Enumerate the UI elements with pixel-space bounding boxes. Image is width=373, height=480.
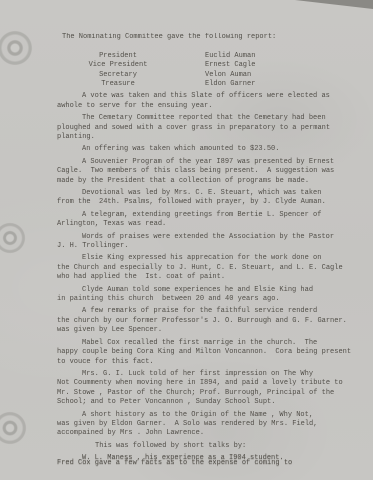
punch-hole-top-icon — [0, 30, 33, 66]
text-line: Mrs. G. I. Luck told of her first impres… — [57, 370, 362, 379]
text-line: Words of praises were extended the Assoc… — [57, 233, 362, 242]
officer-name: Eldon Garner — [205, 80, 255, 89]
paragraph: Devotional was led by Mrs. C. E. Steuart… — [57, 189, 362, 208]
report-title: The Nominating Committee gave the follow… — [57, 33, 362, 42]
scan-edge-shadow — [295, 0, 373, 9]
text-line: the Church and especially to J. Hunt, C.… — [57, 264, 362, 273]
punch-hole-middle-icon — [0, 222, 26, 254]
text-line: awhole to serve for the ensuing year. — [57, 102, 362, 111]
paragraph: A Souvenier Program of the year I897 was… — [57, 158, 362, 186]
text-line: Not Coummenty when moving here in I894, … — [57, 379, 362, 388]
officer-name: Euclid Auman — [205, 52, 255, 61]
text-line: happy couple being Cora King and Milton … — [57, 348, 362, 357]
text-line: J. H. Trollinger. — [57, 242, 362, 251]
text-line: This was followed by short talks by: — [57, 442, 362, 451]
officer-row: SecretaryVelon Auman — [57, 71, 362, 80]
paragraph: A few remarks of praise for the faithful… — [57, 307, 362, 335]
paragraph: W. L. Maness , his experience as a I904 … — [57, 454, 362, 468]
scanned-page: The Nominating Committee gave the follow… — [0, 0, 373, 480]
text-line: Mabel Cox recalled the first marrige in … — [57, 339, 362, 348]
paragraph: An offering was taken which amounted to … — [57, 145, 362, 154]
paragraph: A telegram, extending greetings from Ber… — [57, 211, 362, 230]
text-line: was given by Eldon Garner. A Solo was re… — [57, 420, 362, 429]
text-line: the church by our former Professor's J. … — [57, 317, 362, 326]
text-line: A Souvenier Program of the year I897 was… — [57, 158, 362, 167]
text-line: Devotional was led by Mrs. C. E. Steuart… — [57, 189, 362, 198]
paragraph: Words of praises were extended the Assoc… — [57, 233, 362, 252]
text-line: An offering was taken which amounted to … — [57, 145, 362, 154]
text-line: Cagle. Two members of this class being p… — [57, 167, 362, 176]
text-line: accompained by Mrs . John Lawrence. — [57, 429, 362, 438]
paragraph: This was followed by short talks by: — [57, 442, 362, 451]
officer-row: PresidentEuclid Auman — [57, 52, 362, 61]
text-line: made by the President that a collection … — [57, 177, 362, 186]
text-line: to vouce for this fact. — [57, 358, 362, 367]
text-line: The Cemetary Committee reported that the… — [57, 114, 362, 123]
officer-name: Ernest Cagle — [205, 61, 255, 70]
text-line: Elsie King expressed his apprecation for… — [57, 254, 362, 263]
officer-table: PresidentEuclid AumanVice PresidentErnes… — [57, 52, 362, 90]
paragraph: Clyde Auman told some experiences he and… — [57, 286, 362, 305]
officer-row: Vice PresidentErnest Cagle — [57, 61, 362, 70]
paragraph: A vote was taken and this Slate of offic… — [57, 92, 362, 111]
text-line: A few remarks of praise for the faithful… — [57, 307, 362, 316]
text-line: ploughed and sowed with a cover grass in… — [57, 124, 362, 133]
officer-office: Treasure — [85, 80, 151, 89]
paragraph: Elsie King expressed his apprecation for… — [57, 254, 362, 282]
document-content: The Nominating Committee gave the follow… — [57, 33, 362, 469]
paragraph: A short history as to the Origin of the … — [57, 411, 362, 439]
text-line: Clyde Auman told some experiences he and… — [57, 286, 362, 295]
officer-office: Secretary — [85, 71, 151, 80]
text-line: planting. — [57, 133, 362, 142]
officer-row: TreasureEldon Garner — [57, 80, 362, 89]
text-line: A short history as to the Origin of the … — [57, 411, 362, 420]
text-line: A telegram, extending greetings from Ber… — [57, 211, 362, 220]
paragraph: Mrs. G. I. Luck told of her first impres… — [57, 370, 362, 408]
text-line: who had applied the Ist. coat of paint. — [57, 273, 362, 282]
text-line: Fred Cox gave a few facts as to the expe… — [57, 459, 362, 468]
text-line: in painting this church between 20 and 4… — [57, 295, 362, 304]
text-line: from the 24th. Psalms, followed with pra… — [57, 198, 362, 207]
text-line: Mr. Stowe , Pastor of the Church; Prof. … — [57, 389, 362, 398]
officer-office: President — [85, 52, 151, 61]
paragraph: The Cemetary Committee reported that the… — [57, 114, 362, 142]
officer-name: Velon Auman — [205, 71, 251, 80]
text-line: A vote was taken and this Slate of offic… — [57, 92, 362, 101]
text-line: Arlington, Texas was read. — [57, 220, 362, 229]
paragraph: Mabel Cox recalled the first marrige in … — [57, 339, 362, 367]
text-line: was given by Lee Spencer. — [57, 326, 362, 335]
text-line: School; and to Peter Voncannon , Sunday … — [57, 398, 362, 407]
punch-hole-bottom-icon — [0, 411, 27, 445]
officer-office: Vice President — [85, 61, 151, 70]
paragraphs-container: A vote was taken and this Slate of offic… — [57, 92, 362, 468]
